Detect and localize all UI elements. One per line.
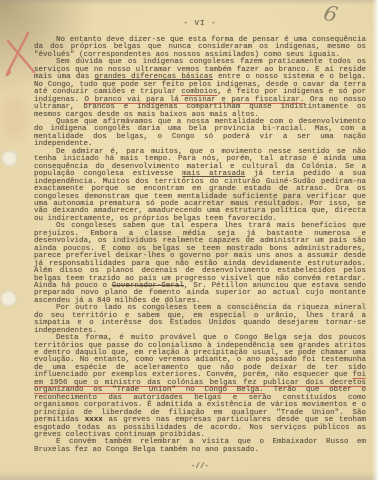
paragraph: E convém também relembrar a visita que o…	[34, 439, 366, 454]
text-segment: Quase que afirmávamos que a nossa mental…	[34, 118, 366, 148]
paragraph: Desta forma, é muito provável que o Cong…	[34, 335, 366, 439]
paper-smudge	[2, 96, 28, 140]
text-segment: Os congoleses sabem que tal espera lhes …	[34, 222, 366, 290]
text-segment: No entanto deve dizer-se que esta forma …	[34, 36, 366, 59]
paragraph: Quase que afirmávamos que a nossa mental…	[34, 119, 366, 149]
paragraph: No entanto deve dizer-se que esta forma …	[34, 37, 366, 59]
text-segment: Por outro lado os congoleses teem a cons…	[34, 304, 366, 334]
document-body: No entanto deve dizer-se que esta forma …	[34, 37, 366, 454]
punch-hole-bottom	[0, 290, 17, 307]
end-of-page-mark: -//-	[34, 463, 366, 471]
text-segment: Desta forma, é muito provável que o Cong…	[34, 334, 366, 379]
paragraph: Sem dúvida que os indígenas congoleses f…	[34, 59, 366, 119]
scanned-document-page: - VI - 6 No entanto deve dizer-se que es…	[0, 0, 378, 480]
paragraph: Os congoleses sabem que tal espera lhes …	[34, 223, 366, 305]
typed-page-number: - VI -	[34, 20, 366, 28]
paragraph: Por outro lado os congoleses teem a cons…	[34, 305, 366, 335]
text-segment: já teria pedido a sua independência. Mui…	[34, 170, 366, 223]
text-segment: E convém também relembrar a visita que o…	[34, 438, 366, 453]
punch-hole-top	[1, 150, 18, 167]
paragraph: De admirar é, para muitos, que o movimen…	[34, 149, 366, 224]
